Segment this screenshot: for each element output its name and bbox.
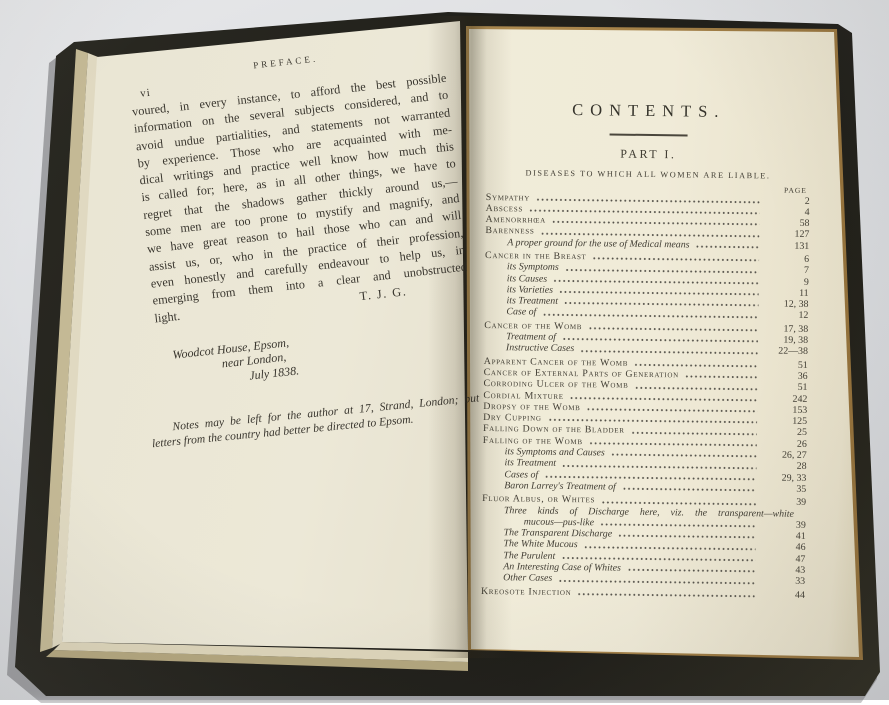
entry-label: Dry Cupping [483,412,542,424]
entry-label: Instructive Cases [506,343,574,355]
contents-page-content: CONTENTS. PART I. DISEASES TO WHICH ALL … [481,99,811,601]
entry-page-number: 11 [763,287,809,299]
dotted-leader [543,312,758,319]
entry-label: its Treatment [506,295,558,307]
dotted-leader [578,592,755,598]
entry-label: Cases of [504,469,538,480]
entry-label: A proper ground for the use of Medical m… [507,237,689,250]
entry-label: Cancer in the Breast [485,250,587,262]
dotted-leader [628,568,755,574]
dotted-leader [571,396,758,402]
entry-page-number: 43 [759,564,805,576]
entry-page-number: 26, 27 [761,449,807,461]
entry-label: Baron Larrey's Treatment of [504,480,616,492]
entry-label: Amenorrhœa [485,214,546,226]
entry-label: its Treatment [504,458,556,470]
page-number: vi [140,87,152,100]
entry-label: Treatment of [506,331,556,343]
entry-page-number: 19, 38 [762,334,808,346]
entry-page-number: 9 [763,276,809,288]
paragraph-last-line: light. [154,307,181,327]
entry-page-number: 35 [760,483,806,495]
entry-page-number: 41 [760,530,806,542]
part-heading: PART I. [486,144,810,163]
entry-label: its Varieties [507,284,553,296]
dotted-leader [601,523,756,529]
entry-label: Abscess [486,203,523,214]
entry-page-number: 22—38 [762,346,808,358]
entry-page-number: 25 [761,427,807,439]
entry-page-number: 6 [763,253,809,265]
entry-page-number: 36 [762,370,808,382]
entry-page-number: 125 [761,416,807,428]
dotted-leader [697,245,760,250]
entry-label: Cancer of the Womb [484,320,582,332]
entry-page-number: 28 [760,461,806,473]
entry-page-number: 2 [764,195,810,207]
entry-page-number: 47 [759,553,805,565]
entry-page-number: 39 [760,519,806,531]
dotted-leader [559,579,755,585]
dotted-leader [635,363,758,368]
entry-label: Other Cases [503,573,552,585]
photo-background: PREFACE. vi voured, in every instance, t… [0,0,889,700]
entry-page-number: 242 [761,393,807,405]
entry-label: mucous—pus-like [524,516,594,528]
contents-title: CONTENTS. [487,99,811,123]
entry-page-number: 58 [763,217,809,229]
preface-paragraph: voured, in every instance, to afford the… [131,70,468,310]
entry-page-number: 26 [761,438,807,450]
dotted-leader [581,349,758,355]
dotted-leader [686,375,758,380]
dotted-leader [632,431,757,437]
entry-page-number: 39 [760,497,806,509]
dotted-leader [588,407,758,413]
entry-page-number: 51 [762,359,808,371]
entry-label: Case of [506,307,536,318]
entry-page-number: 127 [763,229,809,241]
entry-label: Sympathy [486,191,530,203]
dotted-leader [635,385,757,390]
entry-page-number: 17, 38 [762,323,808,335]
dotted-leader [585,545,756,551]
author-initials: T. J. G. [359,283,408,305]
entry-label: its Causes [507,273,547,284]
entry-page-number: 51 [761,382,807,394]
dotted-leader [623,487,756,493]
entry-label: The Purulent [503,550,555,562]
entry-label: Dropsy of the Womb [483,401,580,413]
entry-page-number: 7 [763,265,809,277]
entry-label: The Transparent Discharge [504,527,613,539]
dotted-leader [612,453,757,459]
dotted-leader [594,257,760,263]
entry-label: its Symptoms [507,262,559,274]
entry-page-number: 29, 33 [760,472,806,484]
entry-label: its Symptoms and Causes [505,446,605,458]
title-rule [610,134,688,136]
entry-page-number: 12, 38 [762,299,808,311]
entry-label: Kreosote Injection [481,586,572,598]
dotted-leader [590,441,757,447]
entry-label: Cordial Mixture [483,390,564,402]
entry-label: Falling of the Womb [483,435,583,447]
entry-label: The White Mucous [503,539,577,551]
entry-page-number: 33 [759,576,805,588]
preface-page-content: PREFACE. vi voured, in every instance, t… [128,40,483,452]
dateline: Woodcot House, Epsom, near London, July … [160,315,477,392]
entry-page-number: 4 [764,206,810,218]
entry-label: Barenness [485,225,534,237]
section-heading: DISEASES TO WHICH ALL WOMEN ARE LIABLE. [486,167,810,180]
contents-entries: Sympathy 2 Abscess 4 Amenorrhœa 58 Baren… [481,191,810,600]
entry-page-number: 46 [759,542,805,554]
dotted-leader [589,326,758,332]
dotted-leader [619,534,756,540]
entry-page-number: 131 [763,240,809,252]
entry-page-number: 153 [761,404,807,416]
dotted-leader [602,500,756,506]
entry-page-number: 12 [762,310,808,322]
entry-page-number: 44 [759,589,805,601]
entry-label: Fluor Albus, or Whites [482,493,595,505]
